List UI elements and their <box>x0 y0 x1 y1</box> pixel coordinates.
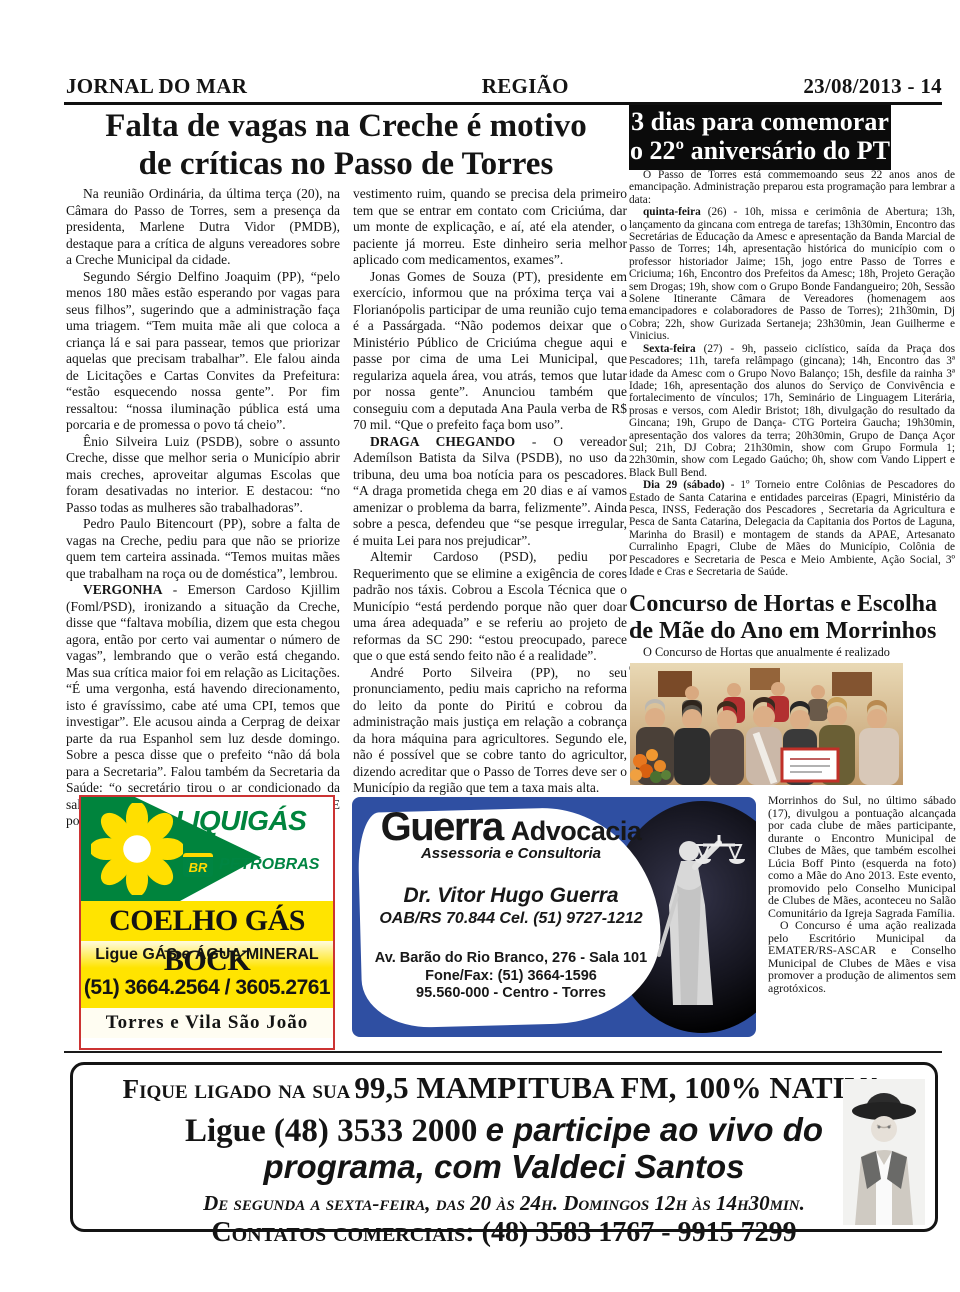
paragraph-text: Pedro Paulo Bitencourt (PP), sobre a fal… <box>66 516 340 581</box>
banner-line-3: programa, com Valdeci Santos <box>73 1149 935 1185</box>
paragraph-text: Altemir Cardoso (PSD), pediu por Requeri… <box>353 549 627 663</box>
banner-line1-smallcaps: Fique ligado na sua <box>123 1074 351 1104</box>
pt-headline-line-1: 3 dias para comemorar <box>629 108 891 137</box>
br-petrobras-logo: BR PETROBRAS <box>183 853 319 877</box>
paragraph: DRAGA CHEGANDO - O vereador Ademílson Ba… <box>353 434 627 550</box>
justice-statue-icon <box>647 825 747 1015</box>
paragraph-text: - 1º Torneio entre Colônias de Pescadore… <box>629 479 955 578</box>
main-article-column-2: vestimento ruim, quando se precisa dela … <box>353 186 627 830</box>
guerra-brand: Guerra <box>381 807 503 847</box>
banner-line1-station: 99,5 MAMPITUBA FM, 100% NATIVA <box>354 1070 885 1105</box>
guerra-lawyer-name: Dr. Vitor Hugo Guerra <box>360 884 662 908</box>
paragraph-text: - O vereador Ademílson Batista da Silva … <box>353 434 627 548</box>
date-page-number: 23/08/2013 - 14 <box>803 74 942 99</box>
guerra-credentials: OAB/RS 70.844 Cel. (51) 9727-1212 <box>360 910 662 928</box>
headline-line-1: Falta de vagas na Creche é motivo <box>66 108 626 146</box>
liquigas-ad-cities: Torres e Vila São João <box>81 1008 333 1038</box>
guerra-address-line2: Fone/Fax: (51) 3664-1596 <box>360 968 662 986</box>
paragraph-lead: Sexta-feira <box>643 343 696 355</box>
banner-contacts-numbers: (48) 3583 1767 - 9915 7299 <box>482 1217 797 1248</box>
banner-line-1: Fique ligado na sua 99,5 MAMPITUBA FM, 1… <box>73 1072 935 1110</box>
paragraph: Dia 29 (sábado) - 1º Torneio entre Colôn… <box>629 479 955 578</box>
paragraph: Na reunião Ordinária, da última terça (2… <box>66 186 340 269</box>
main-article-body: Na reunião Ordinária, da última terça (2… <box>66 186 628 830</box>
morrinhos-article-continuation: Morrinhos do Sul, no último sábado (17),… <box>768 794 956 994</box>
main-article-column-1: Na reunião Ordinária, da última terça (2… <box>66 186 340 830</box>
paragraph-text: O Concurso é uma ação realizada pelo Esc… <box>768 918 956 995</box>
morrinhos-headline-line-2: de Mãe do Ano em Morrinhos <box>629 618 959 645</box>
newspaper-page: JORNAL DO MAR REGIÃO 23/08/2013 - 14 Fal… <box>0 0 960 1292</box>
headline-line-2: de críticas no Passo de Torres <box>66 146 626 184</box>
paragraph-text: Jonas Gomes de Souza (PT), presidente em… <box>353 269 627 433</box>
guerra-advocacia-ad: Guerra Advocacia Assessoria e Consultori… <box>352 797 756 1037</box>
paragraph-lead: quinta-feira <box>643 206 701 218</box>
guerra-address-line3: 95.560-000 - Centro - Torres <box>360 985 662 1003</box>
paragraph: Sexta-feira (27) - 9h, passeio ciclístic… <box>629 343 955 479</box>
liquigas-ad-title: COELHO GÁS BOCK <box>81 901 333 941</box>
main-article-headline: Falta de vagas na Creche é motivo de crí… <box>66 108 626 183</box>
banner-phone-call: Ligue (48) 3533 2000 <box>185 1113 477 1149</box>
mampituba-fm-banner-ad: Fique ligado na sua 99,5 MAMPITUBA FM, 1… <box>70 1062 938 1232</box>
paragraph-text: O Passo de Torres está commemoando seus … <box>629 169 955 206</box>
morrinhos-article-headline: Concurso de Hortas e Escolha de Mãe do A… <box>629 591 959 644</box>
paragraph-text: Ênio Silveira Luiz (PSDB), sobre o assun… <box>66 434 340 515</box>
liquigas-ad: LIQUIGÁS BR PETROBRAS COELHO GÁS BOCK Li… <box>79 795 335 1050</box>
paragraph-text: Segundo Sérgio Delfino Joaquim (PP), “pe… <box>66 269 340 433</box>
liquigas-ad-line1: Ligue GÁS e ÁGUA MINERAL <box>81 941 333 968</box>
paragraph-text: (27) - 9h, passeio ciclístico, saída da … <box>629 343 955 479</box>
paragraph: André Porto Silveira (PP), no seu pronun… <box>353 665 627 797</box>
guerra-address: Av. Barão do Rio Branco, 276 - Sala 101 … <box>360 950 662 1003</box>
paragraph: O Concurso é uma ação realizada pelo Esc… <box>768 919 956 994</box>
paragraph-text: (26) - 10h, missa e cerimônia de Abertur… <box>629 206 955 342</box>
paragraph: Ênio Silveira Luiz (PSDB), sobre o assun… <box>66 434 340 517</box>
page-header: JORNAL DO MAR REGIÃO 23/08/2013 - 14 <box>66 74 942 99</box>
paragraph: Morrinhos do Sul, no último sábado (17),… <box>768 794 956 919</box>
guerra-brand-suffix: Advocacia <box>511 816 642 847</box>
paragraph-lead: VERGONHA <box>83 582 163 597</box>
paragraph-text: André Porto Silveira (PP), no seu pronun… <box>353 665 627 796</box>
guerra-address-line1: Av. Barão do Rio Branco, 276 - Sala 101 <box>360 950 662 968</box>
paragraph: vestimento ruim, quando se precisa dela … <box>353 186 627 269</box>
paragraph: O Passo de Torres está commemoando seus … <box>629 169 955 206</box>
banner-line-2: Ligue (48) 3533 2000 e participe ao vivo… <box>73 1112 935 1149</box>
petrobras-label: PETROBRAS <box>219 856 319 874</box>
paragraph: quinta-feira (26) - 10h, missa e cerimôn… <box>629 206 955 342</box>
guerra-ad-text: Guerra Advocacia Assessoria e Consultori… <box>360 807 662 1003</box>
liquigas-brand: LIQUIGÁS <box>175 805 306 837</box>
pt-article-body: O Passo de Torres está commemoando seus … <box>629 169 955 578</box>
paragraph: Segundo Sérgio Delfino Joaquim (PP), “pe… <box>66 269 340 434</box>
br-logo-icon: BR <box>183 853 213 877</box>
ads-separator-rule <box>64 1051 942 1053</box>
contacts-numbers: (48) 3583 1767 - 9915 7299 <box>482 1217 797 1248</box>
liquigas-ad-phone: (51) 3664.2564 / 3605.2761 <box>81 968 333 1008</box>
pt-headline-line-2: o 22º aniversário do PT <box>629 137 891 166</box>
paragraph: Altemir Cardoso (PSD), pediu por Requeri… <box>353 549 627 665</box>
banner-line2-italic-text: e participe ao vivo do <box>486 1111 823 1148</box>
banner-commercial-contacts: Contatos comerciais: (48) 3583 1767 - 99… <box>73 1217 935 1249</box>
paragraph-text: - Emerson Cardoso Kjillim (Foml/PSD), ir… <box>66 582 340 828</box>
section-title: REGIÃO <box>482 74 569 99</box>
liquigas-flower-icon <box>91 803 183 895</box>
paragraph: Pedro Paulo Bitencourt (PP), sobre a fal… <box>66 516 340 582</box>
paragraph: Jonas Gomes de Souza (PT), presidente em… <box>353 269 627 434</box>
station-name: 99,5 MAMPITUBA FM, 100% NATIVA <box>354 1070 885 1105</box>
morrinhos-group-photo <box>630 663 903 785</box>
liquigas-ad-top: LIQUIGÁS BR PETROBRAS <box>81 797 333 901</box>
radio-host-photo <box>843 1079 925 1225</box>
paragraph-text: Morrinhos do Sul, no último sábado (17),… <box>768 793 956 920</box>
banner-line2-italic: e participe ao vivo do <box>486 1111 823 1148</box>
pt-article-headline: 3 dias para comemorar o 22º aniversário … <box>629 105 891 170</box>
paragraph-text: Na reunião Ordinária, da última terça (2… <box>66 186 340 267</box>
masthead-title: JORNAL DO MAR <box>66 74 247 99</box>
paragraph-lead: Dia 29 (sábado) <box>643 479 725 491</box>
paragraph-text: vestimento ruim, quando se precisa dela … <box>353 186 627 267</box>
banner-schedule: De segunda a sexta-feira, das 20 às 24h.… <box>73 1190 935 1216</box>
paragraph: VERGONHA - Emerson Cardoso Kjillim (Foml… <box>66 582 340 830</box>
banner-contacts-label: Contatos comerciais: <box>211 1217 474 1248</box>
paragraph-lead: DRAGA CHEGANDO <box>370 434 515 449</box>
morrinhos-headline-line-1: Concurso de Hortas e Escolha <box>629 591 959 618</box>
